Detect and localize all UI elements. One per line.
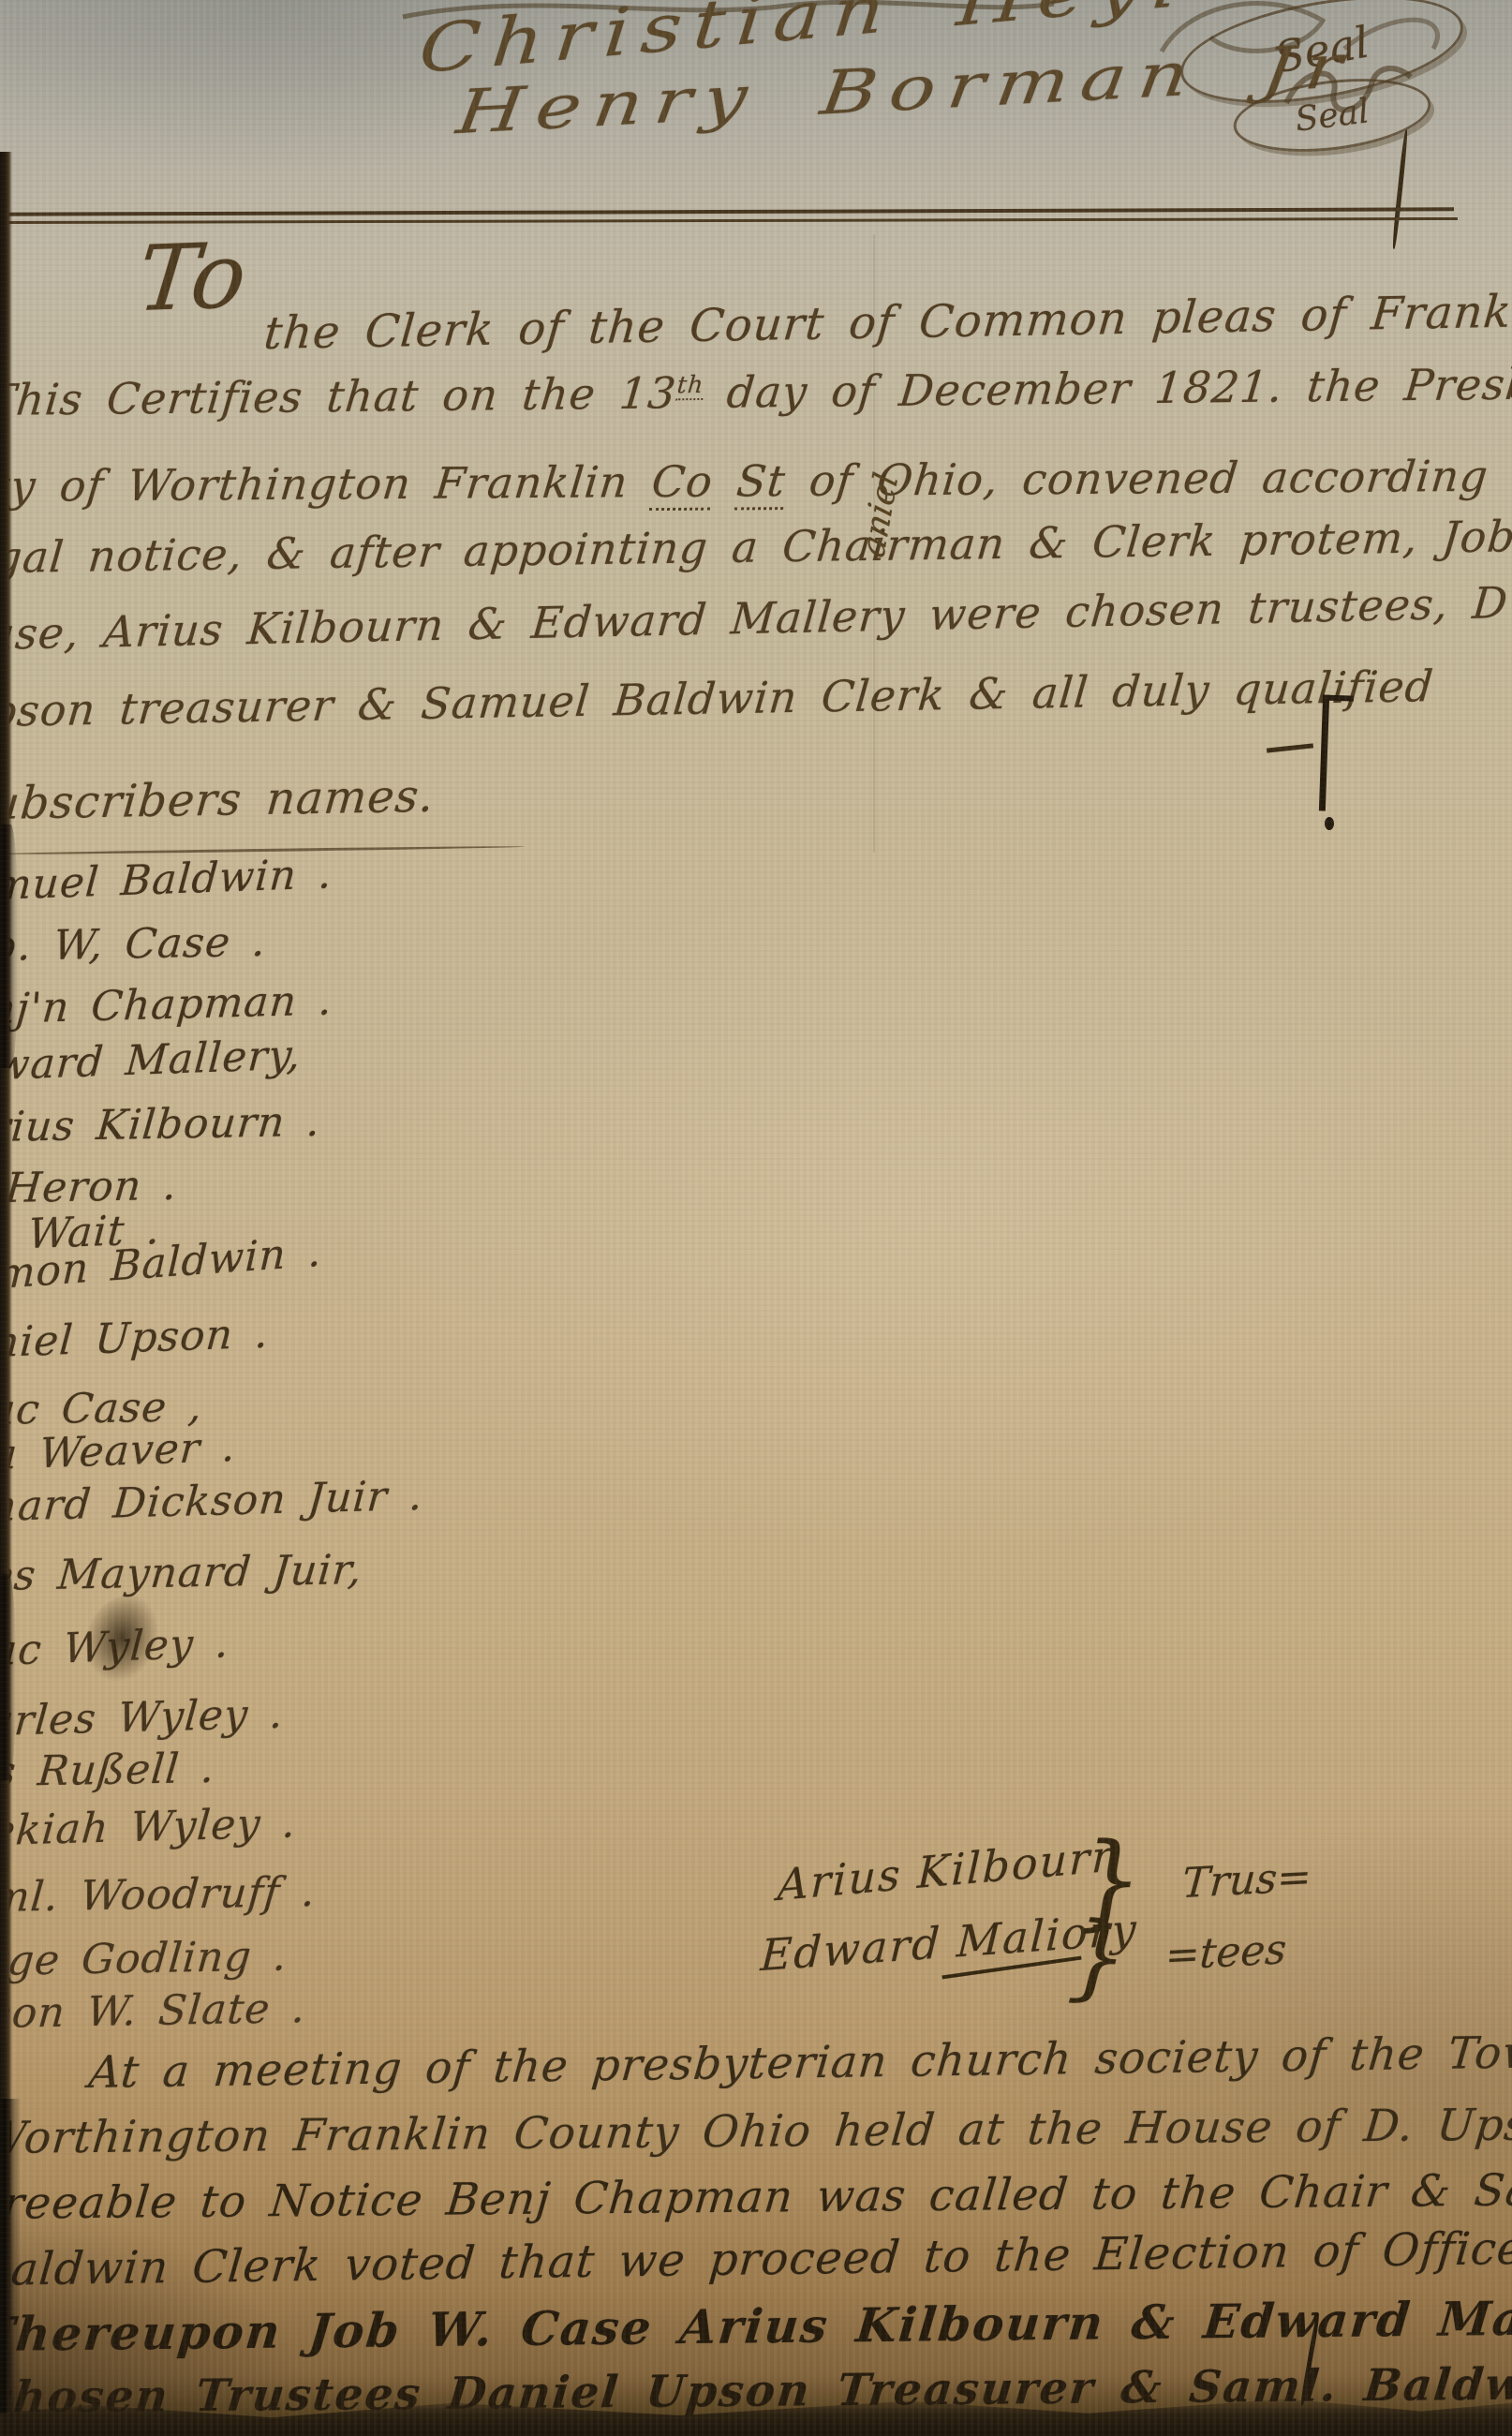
certificate-line-2-post: day of December 1821. the Presbyterian — [701, 357, 1512, 418]
certificate-line-3-pre: ty of Worthington Franklin — [0, 456, 630, 512]
subscriber-name: hard Dickson Juir . — [0, 1472, 425, 1531]
subscriber-name: ward Mallery, — [0, 1031, 303, 1090]
certificate-line-3: ty of Worthington Franklin Co St of Ohio… — [0, 450, 1512, 512]
meeting-line-4: Baldwin Clerk voted that we proceed to t… — [0, 2221, 1512, 2296]
ruled-line-top — [0, 207, 1454, 215]
dash-mark — [1267, 743, 1313, 752]
subscriber-name: niel Upson . — [0, 1310, 271, 1367]
certificate-line-2: This Certifies that on the 13th day of D… — [0, 357, 1512, 425]
certificate-line-5: ase, Arius Kilbourn & Edward Mallery wer… — [0, 577, 1510, 660]
subscriber-name: eon W. Slate . — [0, 1984, 308, 2038]
state-abbreviation: St — [734, 455, 789, 510]
certificate-line-6: pson treasurer & Samuel Baldwin Clerk & … — [0, 661, 1436, 736]
signature-descender-stroke — [1391, 129, 1408, 249]
subscriber-name: muel Baldwin . — [0, 850, 334, 910]
subscriber-name: rius Kilbourn . — [0, 1098, 323, 1151]
certificate-line-4: gal notice, & after appointing a Chairma… — [0, 511, 1512, 583]
trustee-name-1: Arius Kilbourn — [777, 1830, 1121, 1910]
meeting-line-5: Thereupon Job W. Case Arius Kilbourn & E… — [0, 2287, 1512, 2362]
subscriber-name: a Weaver . — [0, 1423, 238, 1479]
certificate-line-3-post: of Ohio, convened according to — [808, 450, 1512, 506]
fold-crease — [873, 234, 875, 853]
certificate-line-1: the Clerk of the Court of Common pleas o… — [262, 285, 1512, 360]
subscriber-name: Heron . — [4, 1162, 180, 1212]
trustee-label-1: Trus= — [1180, 1853, 1313, 1908]
salutation-initial: To — [133, 223, 251, 332]
subscribers-heading: ubscribers names. — [0, 770, 437, 830]
subscriber-name: es Maynard Juir, — [0, 1546, 364, 1600]
spine-blotch — [0, 824, 18, 1068]
spine-edge — [0, 152, 12, 2436]
subscriber-name: s Rußell . — [0, 1745, 217, 1796]
manuscript-page: Christian Heyl Seal Henry Borman Jr Seal… — [0, 0, 1512, 2436]
subscriber-name: ml. Woodruff . — [0, 1868, 318, 1922]
subscriber-name: rge Godling . — [0, 1932, 289, 1985]
subscriber-name: ekiah Wyley . — [0, 1799, 298, 1855]
ink-blot — [74, 1584, 170, 1692]
seal-text-2: Seal — [1293, 92, 1371, 139]
certificate-line-4-pre: gal notice, & after appointing a Chairma… — [0, 511, 1512, 583]
brace-lower: } — [1065, 1900, 1131, 2013]
bracket-mark — [1319, 694, 1354, 811]
subscriber-name: nj'n Chapman . — [0, 976, 334, 1033]
bracket-dot — [1325, 817, 1334, 830]
meeting-line-2: Worthington Franklin County Ohio held at… — [0, 2099, 1512, 2164]
trustee-label-2: =tees — [1164, 1925, 1288, 1980]
meeting-line-3: greeable to Notice Benj Chapman was call… — [0, 2164, 1512, 2230]
county-abbreviation: Co — [649, 456, 716, 511]
ordinal-superscript: th — [675, 371, 704, 400]
certificate-line-2-pre: This Certifies that on the 13 — [0, 367, 679, 425]
spine-blotch — [0, 1574, 16, 1780]
spine-blotch — [0, 2099, 21, 2436]
subscriber-name: arles Wyley . — [0, 1690, 286, 1745]
meeting-line-1: At a meeting of the presbyterian church … — [86, 2026, 1512, 2099]
subscriber-name: b. W, Case . — [0, 918, 268, 971]
